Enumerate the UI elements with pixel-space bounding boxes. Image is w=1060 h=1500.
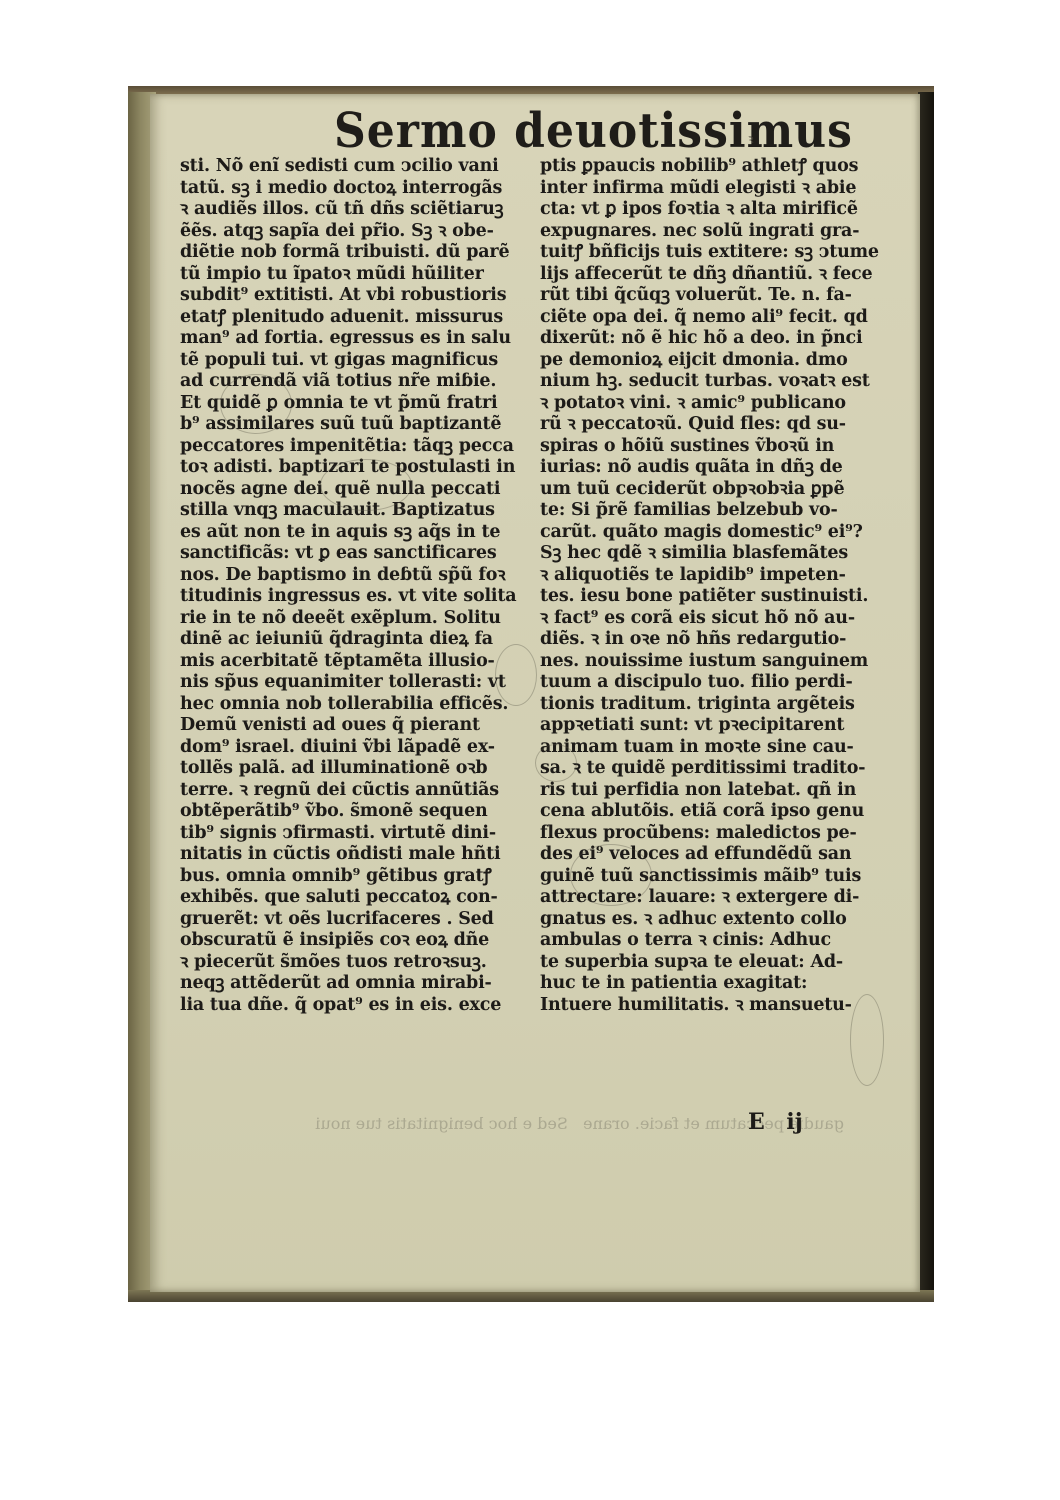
- text-line: tib⁹ signis ↄfirmasti. virtutẽ dini-: [180, 823, 540, 845]
- text-line: ꝛ audiẽs illos. cũ tñ dñs sciẽtiaruꝫ: [180, 199, 540, 221]
- text-line: Et quidẽ ꝑ omnia te vt p̃mũ fratri: [180, 393, 540, 415]
- text-line: cena ablutõis. etiã corã ipso genu: [540, 801, 880, 823]
- text-line: sti. Nõ enĩ sedisti cum ↄcilio vani: [180, 156, 540, 178]
- text-line: bus. omnia omnib⁹ gẽtibus gratꝭ: [180, 866, 540, 888]
- text-line: dixerũt: nõ ẽ hic hõ a deo. in p̃nci: [540, 328, 880, 350]
- text-line: tollẽs palã. ad illuminationẽ oꝛb: [180, 758, 540, 780]
- text-line: ad currendã viã totius nr̃e miɓie.: [180, 371, 540, 393]
- text-line: sanctificãs: vt ꝑ eas sanctificares: [180, 543, 540, 565]
- text-line: ẽẽs. atqꝫ sapĩa dei pr̃io. Sꝫ ꝛ obe-: [180, 221, 540, 243]
- text-line: lijs affecerũt te dñꝫ dñantiũ. ꝛ fece: [540, 264, 880, 286]
- text-line: titudinis ingressus es. vt vite solita: [180, 586, 540, 608]
- text-line: ꝛ potatoꝛ vini. ꝛ amic⁹ publicano: [540, 393, 880, 415]
- text-line: es aũt non te in aquis sꝫ aq̃s in te: [180, 522, 540, 544]
- scanned-page-frame: Sermo deuotissimus ꝛ sti. Nõ enĩ sedisti…: [128, 86, 934, 1302]
- text-line: diẽtie nob formã tribuisti. dũ parẽ: [180, 242, 540, 264]
- text-line: nis sp̃us equanimiter tollerasti: vt: [180, 672, 540, 694]
- text-line: nos. De baptismo in deɓtũ sp̃ũ foꝛ: [180, 565, 540, 587]
- text-line: carũt. quãto magis domestic⁹ ei⁹?: [540, 522, 880, 544]
- text-line: ciẽte opa dei. q̃ nemo ali⁹ fecit. qd: [540, 307, 880, 329]
- text-line: sa. ꝛ te quidẽ perditissimi tradito-: [540, 758, 880, 780]
- text-line: animam tuam in moꝛte sine cau-: [540, 737, 880, 759]
- text-line: des ei⁹ veloces ad effundẽdũ san: [540, 844, 880, 866]
- text-line: exhibẽs. que saluti peccatoꝝ con-: [180, 887, 540, 909]
- text-line: rie in te nõ deeẽt exẽplum. Solitu: [180, 608, 540, 630]
- text-line: lia tua dñe. q̃ opat⁹ es in eis. exce: [180, 995, 540, 1017]
- text-line: guinẽ tuũ sanctissimis mãib⁹ tuis: [540, 866, 880, 888]
- text-line: b⁹ assimilares suũ tuũ baptizantẽ: [180, 414, 540, 436]
- head-mark: ꝛ: [748, 130, 754, 147]
- text-line: tionis traditum. triginta argẽteis: [540, 694, 880, 716]
- text-column-left: sti. Nõ enĩ sedisti cum ↄcilio vanitatũ.…: [180, 156, 540, 1016]
- text-line: cta: vt ꝑ ipos foꝛtia ꝛ alta mirificẽ: [540, 199, 880, 221]
- text-line: peccatores impenitẽtia: tãqꝫ pecca: [180, 436, 540, 458]
- text-line: ris tui perfidia non latebat. qñ in: [540, 780, 880, 802]
- text-line: diẽs. ꝛ in oꝛe nõ hñs redargutio-: [540, 629, 880, 651]
- page-right-edge: [918, 92, 934, 1294]
- text-line: terre. ꝛ regnũ dei cũctis annũtiãs: [180, 780, 540, 802]
- text-line: inter infirma mũdi elegisti ꝛ abie: [540, 178, 880, 200]
- text-column-right: ptis ꝑpaucis nobilib⁹ athletꝭ quosinter …: [540, 156, 880, 1016]
- text-line: te superbia supꝛa te eleuat: Ad-: [540, 952, 880, 974]
- text-line: expugnares. nec solũ ingrati gra-: [540, 221, 880, 243]
- text-line: gnatus es. ꝛ adhuc extento collo: [540, 909, 880, 931]
- text-line: iurias: nõ audis quãta in dñꝫ de: [540, 457, 880, 479]
- text-line: huc te in patientia exagitat:: [540, 973, 880, 995]
- text-line: ꝛ aliquotiẽs te lapidib⁹ impeten-: [540, 565, 880, 587]
- text-line: tuitꝭ bñficijs tuis extitere: sꝫ ↄtume: [540, 242, 880, 264]
- text-line: nium hꝫ. seducit turbas. voꝛatꝛ est: [540, 371, 880, 393]
- text-line: ꝛ fact⁹ es corã eis sicut hõ nõ au-: [540, 608, 880, 630]
- text-line: rũ ꝛ peccatoꝛũ. Quid fles: qd su-: [540, 414, 880, 436]
- paper-page: Sermo deuotissimus ꝛ sti. Nõ enĩ sedisti…: [150, 94, 920, 1292]
- text-line: attrectare: lauare: ꝛ extergere di-: [540, 887, 880, 909]
- text-line: toꝛ adisti. baptizari te postulasti in: [180, 457, 540, 479]
- text-line: rũt tibi q̃cũqꝫ voluerũt. Te. n. fa-: [540, 285, 880, 307]
- text-line: nocẽs agne dei. quẽ nulla peccati: [180, 479, 540, 501]
- text-line: tatũ. sꝫ i medio doctoꝝ interrogãs: [180, 178, 540, 200]
- text-line: appꝛetiati sunt: vt pꝛecipitarent: [540, 715, 880, 737]
- text-line: tũ impio tu ĩpatoꝛ mũdi hũiliter: [180, 264, 540, 286]
- text-line: dinẽ ac ieiuniũ q̃draginta dieꝝ fa: [180, 629, 540, 651]
- text-line: obtẽperãtib⁹ ṽbo. s̃monẽ sequen: [180, 801, 540, 823]
- running-head: Sermo deuotissimus: [334, 104, 853, 159]
- signature-mark: E ij: [748, 1109, 803, 1135]
- text-line: te: Si p̃rẽ familias belzebub vo-: [540, 500, 880, 522]
- text-line: subdit⁹ extitisti. At vbi robustioris: [180, 285, 540, 307]
- text-line: ptis ꝑpaucis nobilib⁹ athletꝭ quos: [540, 156, 880, 178]
- text-line: dom⁹ israel. diuini ṽbi lãpadẽ ex-: [180, 737, 540, 759]
- text-line: flexus procũbens: maledictos pe-: [540, 823, 880, 845]
- text-line: ambulas o terra ꝛ cinis: Adhuc: [540, 930, 880, 952]
- text-line: tuum a discipulo tuo. filio perdi-: [540, 672, 880, 694]
- text-line: neqꝫ attẽderũt ad omnia mirabi-: [180, 973, 540, 995]
- text-line: ꝛ piecerũt s̃mões tuos retroꝛsuꝫ.: [180, 952, 540, 974]
- text-line: obscuratũ ẽ insipiẽs coꝛ eoꝝ dñe: [180, 930, 540, 952]
- text-line: man⁹ ad fortia. egressus es in salu: [180, 328, 540, 350]
- text-line: tẽ populi tui. vt gigas magnificus: [180, 350, 540, 372]
- show-through-text: gaudie peccatum et facie. orane Sed e ho…: [184, 1114, 844, 1133]
- text-line: nitatis in cũctis oñdisti male hñti: [180, 844, 540, 866]
- text-line: tes. iesu bone patiẽter sustinuisti.: [540, 586, 880, 608]
- text-line: gruerẽt: vt oẽs lucrifaceres . Sed: [180, 909, 540, 931]
- text-line: um tuũ ceciderũt obpꝛobꝛia ꝑpẽ: [540, 479, 880, 501]
- text-line: Sꝫ hec qdẽ ꝛ similia blasfemãtes: [540, 543, 880, 565]
- text-line: etatꝭ plenitudo aduenit. missurus: [180, 307, 540, 329]
- text-line: mis acerbitatẽ tẽptamẽta illusio-: [180, 651, 540, 673]
- text-line: hec omnia nob tollerabilia efficẽs.: [180, 694, 540, 716]
- text-line: Intuere humilitatis. ꝛ mansuetu-: [540, 995, 880, 1017]
- text-line: Demũ venisti ad oues q̃ pierant: [180, 715, 540, 737]
- text-line: spiras o hõiũ sustines ṽboꝛũ in: [540, 436, 880, 458]
- text-line: pe demonioꝝ eijcit dmonia. dmo: [540, 350, 880, 372]
- text-line: nes. nouissime iustum sanguinem: [540, 651, 880, 673]
- text-line: stilla vnqꝫ maculauit. Baptizatus: [180, 500, 540, 522]
